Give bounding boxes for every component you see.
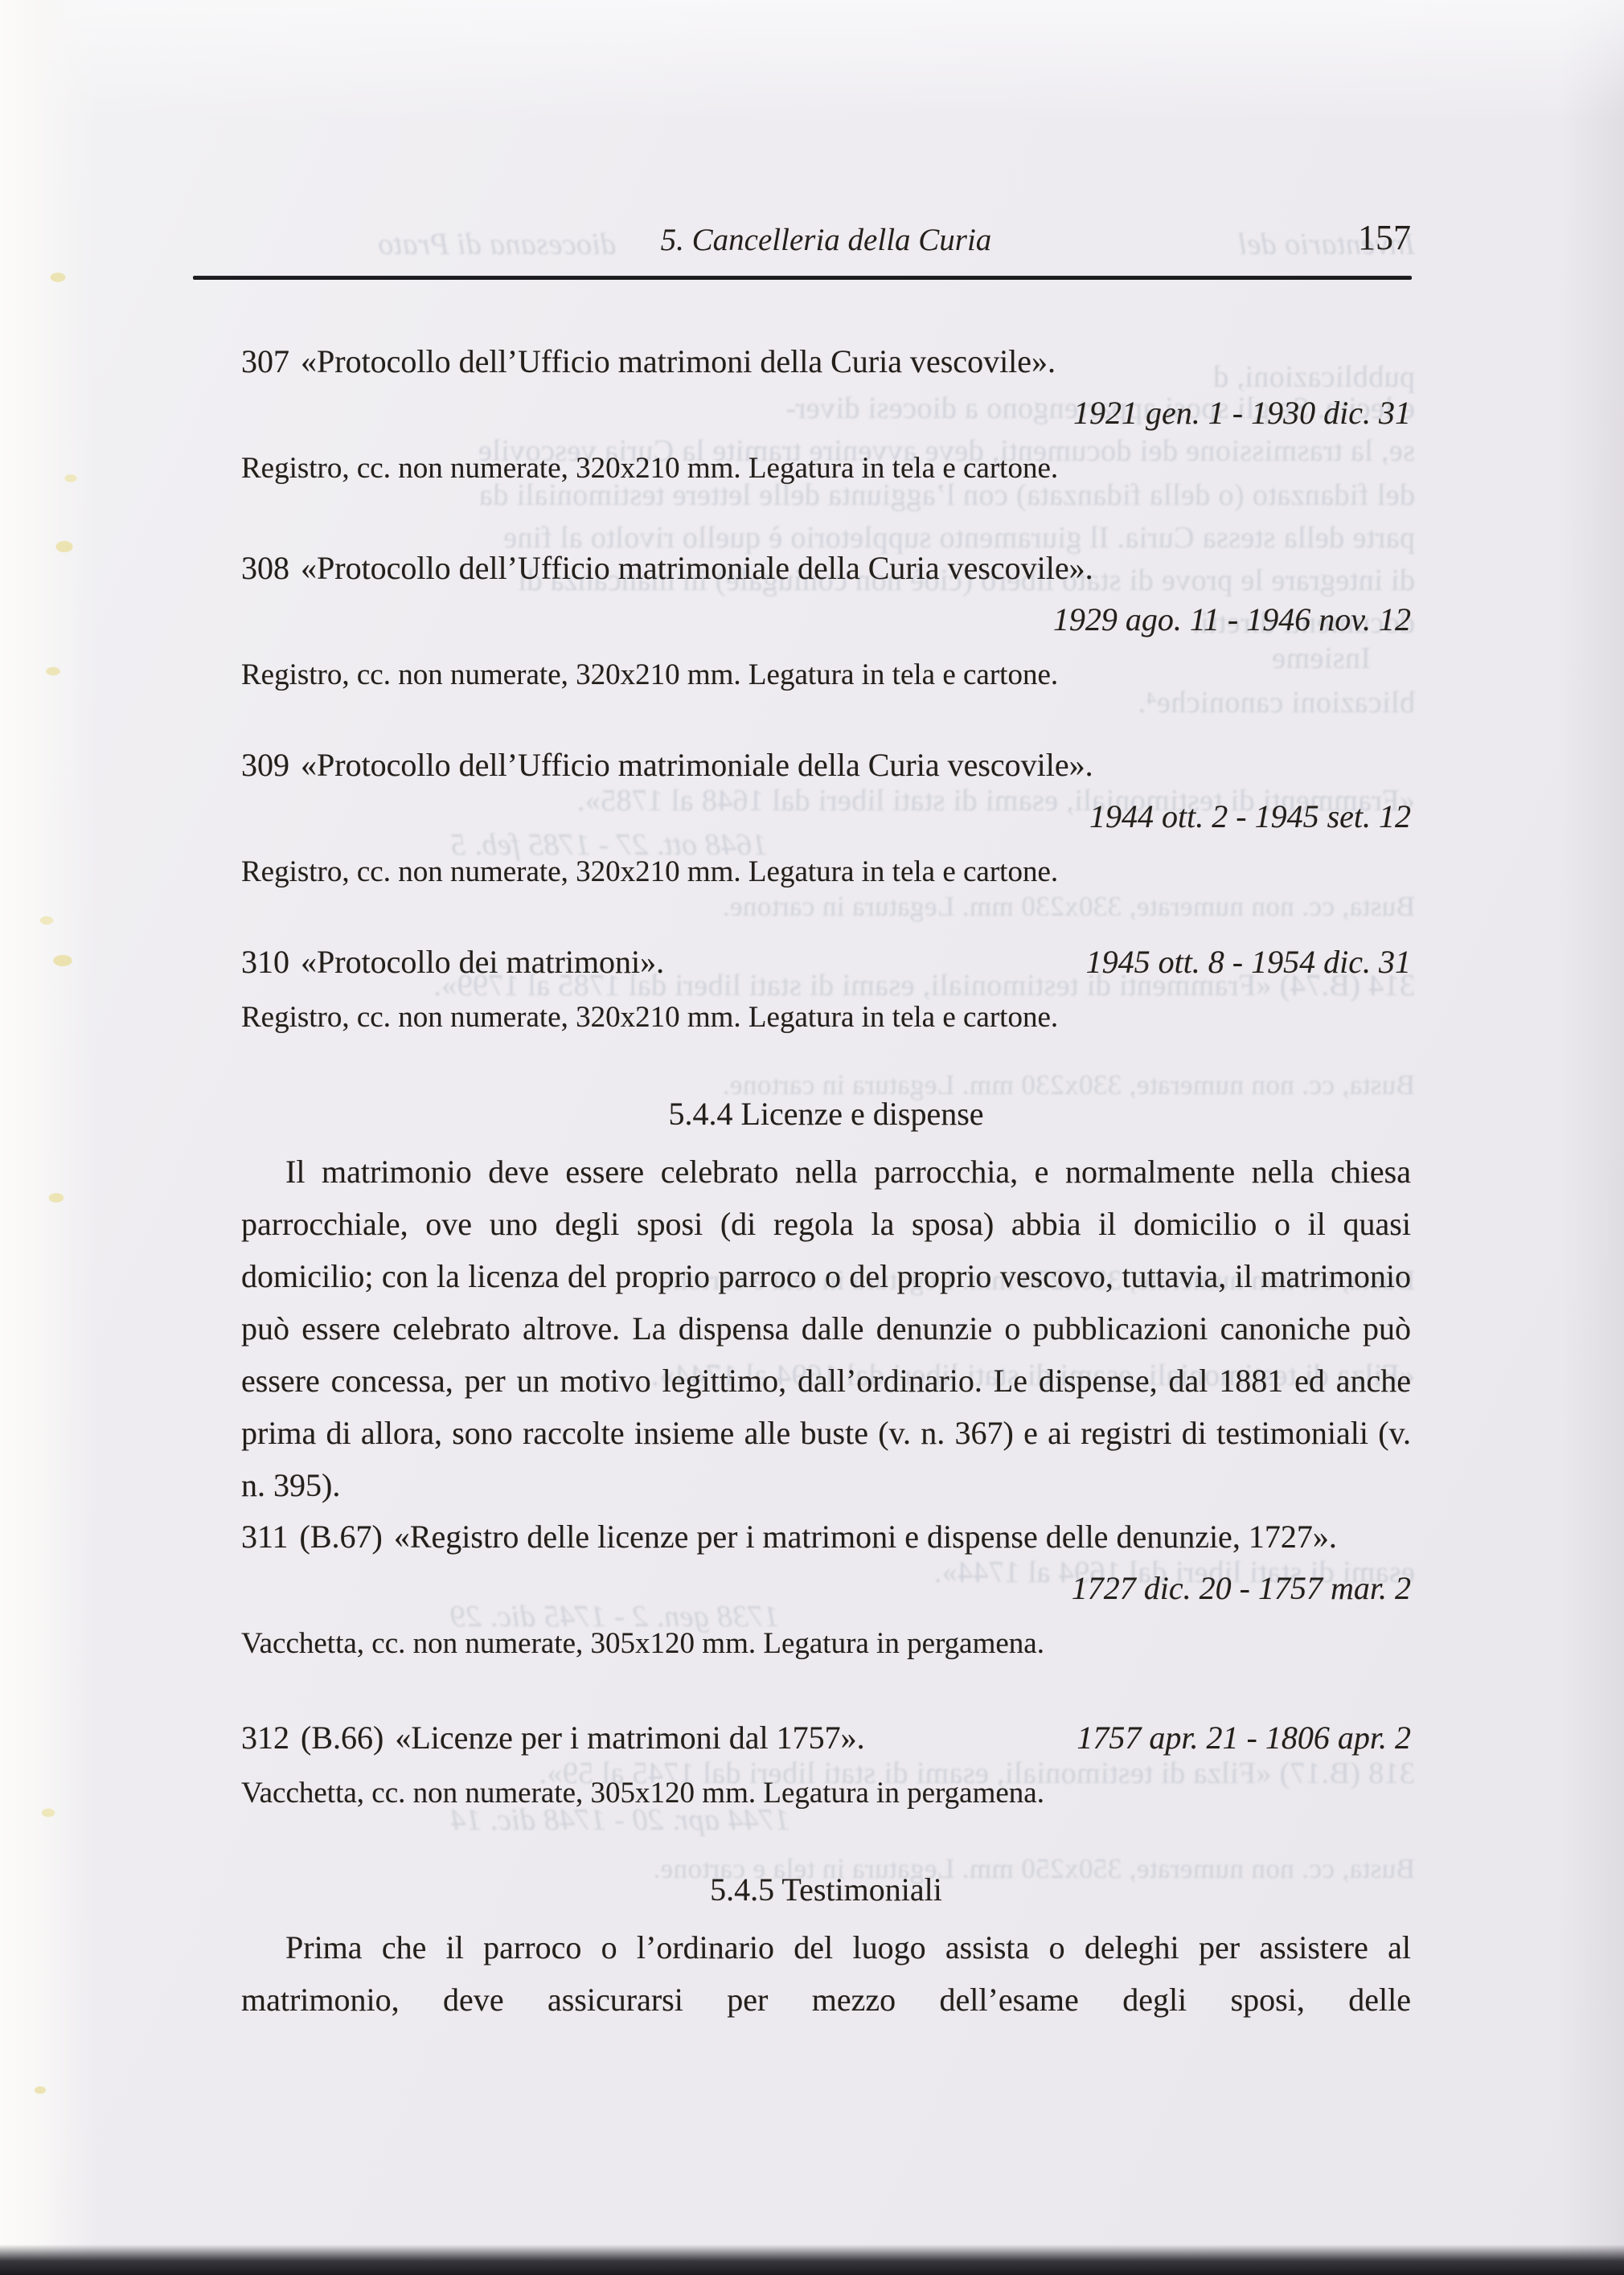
entry-description: Registro, cc. non numerate, 320x210 mm. … (241, 449, 1411, 488)
entry-title-line: 308«Protocollo dell’Ufficio matrimoniale… (241, 543, 1411, 594)
entry-date: 1757 apr. 21 - 1806 apr. 2 (1077, 1712, 1411, 1764)
entry-description: Registro, cc. non numerate, 320x210 mm. … (241, 998, 1411, 1037)
entry-code: (B.67) (300, 1519, 383, 1555)
entry-number: 312 (241, 1720, 289, 1756)
entry-title-line: 310«Protocollo dei matrimoni». 1945 ott.… (241, 937, 1411, 988)
entry-date: 1727 dic. 20 - 1757 mar. 2 (1072, 1563, 1411, 1614)
entry-date-line: 1921 gen. 1 - 1930 dic. 31 (241, 387, 1411, 439)
entry-description: Vacchetta, cc. non numerate, 305x120 mm.… (241, 1625, 1411, 1663)
entry-date: 1945 ott. 8 - 1954 dic. 31 (1086, 937, 1411, 988)
entry-title: «Licenze per i matrimoni dal 1757». (395, 1720, 864, 1756)
entry-title-line: 311(B.67)«Registro delle licenze per i m… (241, 1511, 1411, 1614)
entry-number: 310 (241, 944, 289, 980)
entry-308: 308«Protocollo dell’Ufficio matrimoniale… (241, 543, 1411, 695)
scanned-book-page: Inventario del diocesana di Prato pubbli… (0, 0, 1624, 2275)
entry-number: 307 (241, 343, 289, 379)
section-paragraph-5-4-4: Il matrimonio deve essere celebrato nell… (241, 1146, 1411, 1511)
entry-date-line: 1929 ago. 11 - 1946 nov. 12 (241, 594, 1411, 646)
entry-310: 310«Protocollo dei matrimoni». 1945 ott.… (241, 937, 1411, 1037)
entry-title: «Protocollo dell’Ufficio matrimoniale de… (301, 747, 1093, 783)
entry-number: 311 (241, 1519, 289, 1555)
entry-description: Registro, cc. non numerate, 320x210 mm. … (241, 656, 1411, 695)
entry-title: «Protocollo dell’Ufficio matrimoniale de… (301, 550, 1093, 586)
section-heading-5-4-5: 5.4.5 Testimoniali (241, 1869, 1411, 1911)
entry-title-group: 310«Protocollo dei matrimoni». (241, 937, 664, 988)
text-block: 307«Protocollo dell’Ufficio matrimoni de… (241, 0, 1411, 2275)
entry-code: (B.66) (301, 1720, 383, 1756)
entry-title: «Protocollo dell’Ufficio matrimoni della… (301, 343, 1056, 379)
entry-312: 312(B.66)«Licenze per i matrimoni dal 17… (241, 1712, 1411, 1813)
entry-title-line: 309«Protocollo dell’Ufficio matrimoniale… (241, 740, 1411, 791)
section-heading-5-4-4: 5.4.4 Licenze e dispense (241, 1093, 1411, 1135)
entry-date-line: 1944 ott. 2 - 1945 set. 12 (241, 791, 1411, 842)
entry-title: «Registro delle licenze per i matrimoni … (394, 1519, 1337, 1555)
entry-description: Vacchetta, cc. non numerate, 305x120 mm.… (241, 1774, 1411, 1813)
entry-description: Registro, cc. non numerate, 320x210 mm. … (241, 853, 1411, 892)
entry-title-group: 311(B.67)«Registro delle licenze per i m… (241, 1511, 1360, 1563)
entry-number: 309 (241, 747, 289, 783)
entry-number: 308 (241, 550, 289, 586)
entry-title: «Protocollo dei matrimoni». (301, 944, 664, 980)
section-paragraph-5-4-5: Prima che il parroco o l’ordinario del l… (241, 1921, 1411, 2026)
entry-title-group: 312(B.66)«Licenze per i matrimoni dal 17… (241, 1712, 865, 1764)
entry-title-line: 312(B.66)«Licenze per i matrimoni dal 17… (241, 1712, 1411, 1764)
torn-paper-edge (0, 0, 96, 2275)
entry-date: 1929 ago. 11 - 1946 nov. 12 (1053, 601, 1411, 637)
entry-307: 307«Protocollo dell’Ufficio matrimoni de… (241, 336, 1411, 488)
entry-date: 1921 gen. 1 - 1930 dic. 31 (1073, 395, 1411, 431)
entry-309: 309«Protocollo dell’Ufficio matrimoniale… (241, 740, 1411, 892)
entry-title-line: 307«Protocollo dell’Ufficio matrimoni de… (241, 336, 1411, 387)
entry-date: 1944 ott. 2 - 1945 set. 12 (1089, 798, 1411, 834)
entry-311: 311(B.67)«Registro delle licenze per i m… (241, 1511, 1411, 1663)
